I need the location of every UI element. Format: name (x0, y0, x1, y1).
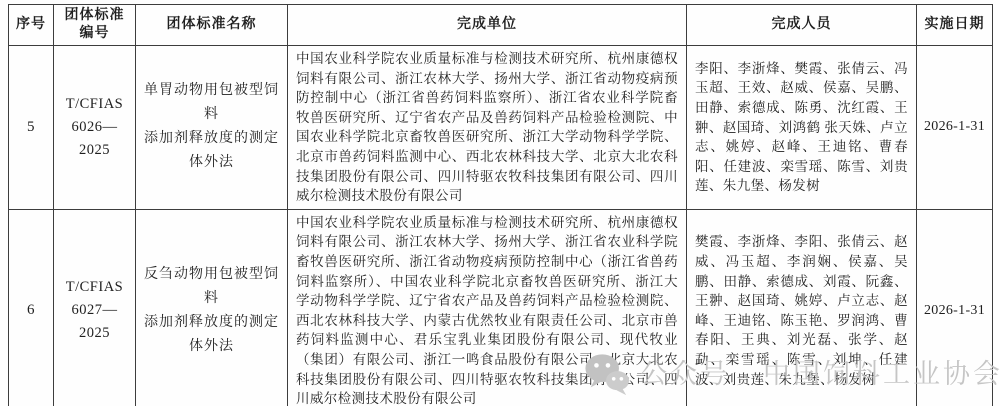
col-header-date: 实施日期 (917, 5, 993, 46)
cell-serial-no: 5 (9, 46, 54, 210)
scanned-document-page: 序号 团体标准 编号 团体标准名称 完成单位 完成人员 实施日期 5 T/CFI… (0, 0, 1000, 406)
table-row: 5 T/CFIAS 6026—2025 单胃动物用包被型饲料 添加剂释放度的测定… (9, 46, 993, 210)
cell-standard-name: 反刍动物用包被型饲料 添加剂释放度的测定 体外法 (136, 209, 288, 406)
col-header-units: 完成单位 (288, 5, 687, 46)
cell-implementation-date: 2026-1-31 (917, 46, 993, 210)
table-row: 6 T/CFIAS 6027—2025 反刍动物用包被型饲料 添加剂释放度的测定… (9, 209, 993, 406)
cell-completing-people: 樊霞、李浙烽、李阳、张倩云、赵威、冯玉超、李润娴、侯嘉、吴鹏、田静、索德成、刘霞… (687, 209, 917, 406)
col-header-no: 序号 (9, 5, 54, 46)
cell-completing-units: 中国农业科学院农业质量标准与检测技术研究所、杭州康德权饲料有限公司、浙江农林大学… (288, 46, 687, 210)
cell-completing-people: 李阳、李浙烽、樊霞、张倩云、冯玉超、王效、赵威、侯嘉、吴鹏、田静、索德成、陈勇、… (687, 46, 917, 210)
col-header-std-name: 团体标准名称 (136, 5, 288, 46)
cell-implementation-date: 2026-1-31 (917, 209, 993, 406)
cell-standard-name: 单胃动物用包被型饲料 添加剂释放度的测定 体外法 (136, 46, 288, 210)
cell-serial-no: 6 (9, 209, 54, 406)
cell-standard-no: T/CFIAS 6027—2025 (54, 209, 136, 406)
cell-completing-units: 中国农业科学院农业质量标准与检测技术研究所、杭州康德权饲料有限公司、浙江农林大学… (288, 209, 687, 406)
standards-table: 序号 团体标准 编号 团体标准名称 完成单位 完成人员 实施日期 5 T/CFI… (8, 4, 993, 406)
col-header-std-no: 团体标准 编号 (54, 5, 136, 46)
col-header-people: 完成人员 (687, 5, 917, 46)
cell-standard-no: T/CFIAS 6026—2025 (54, 46, 136, 210)
header-row: 序号 团体标准 编号 团体标准名称 完成单位 完成人员 实施日期 (9, 5, 993, 46)
